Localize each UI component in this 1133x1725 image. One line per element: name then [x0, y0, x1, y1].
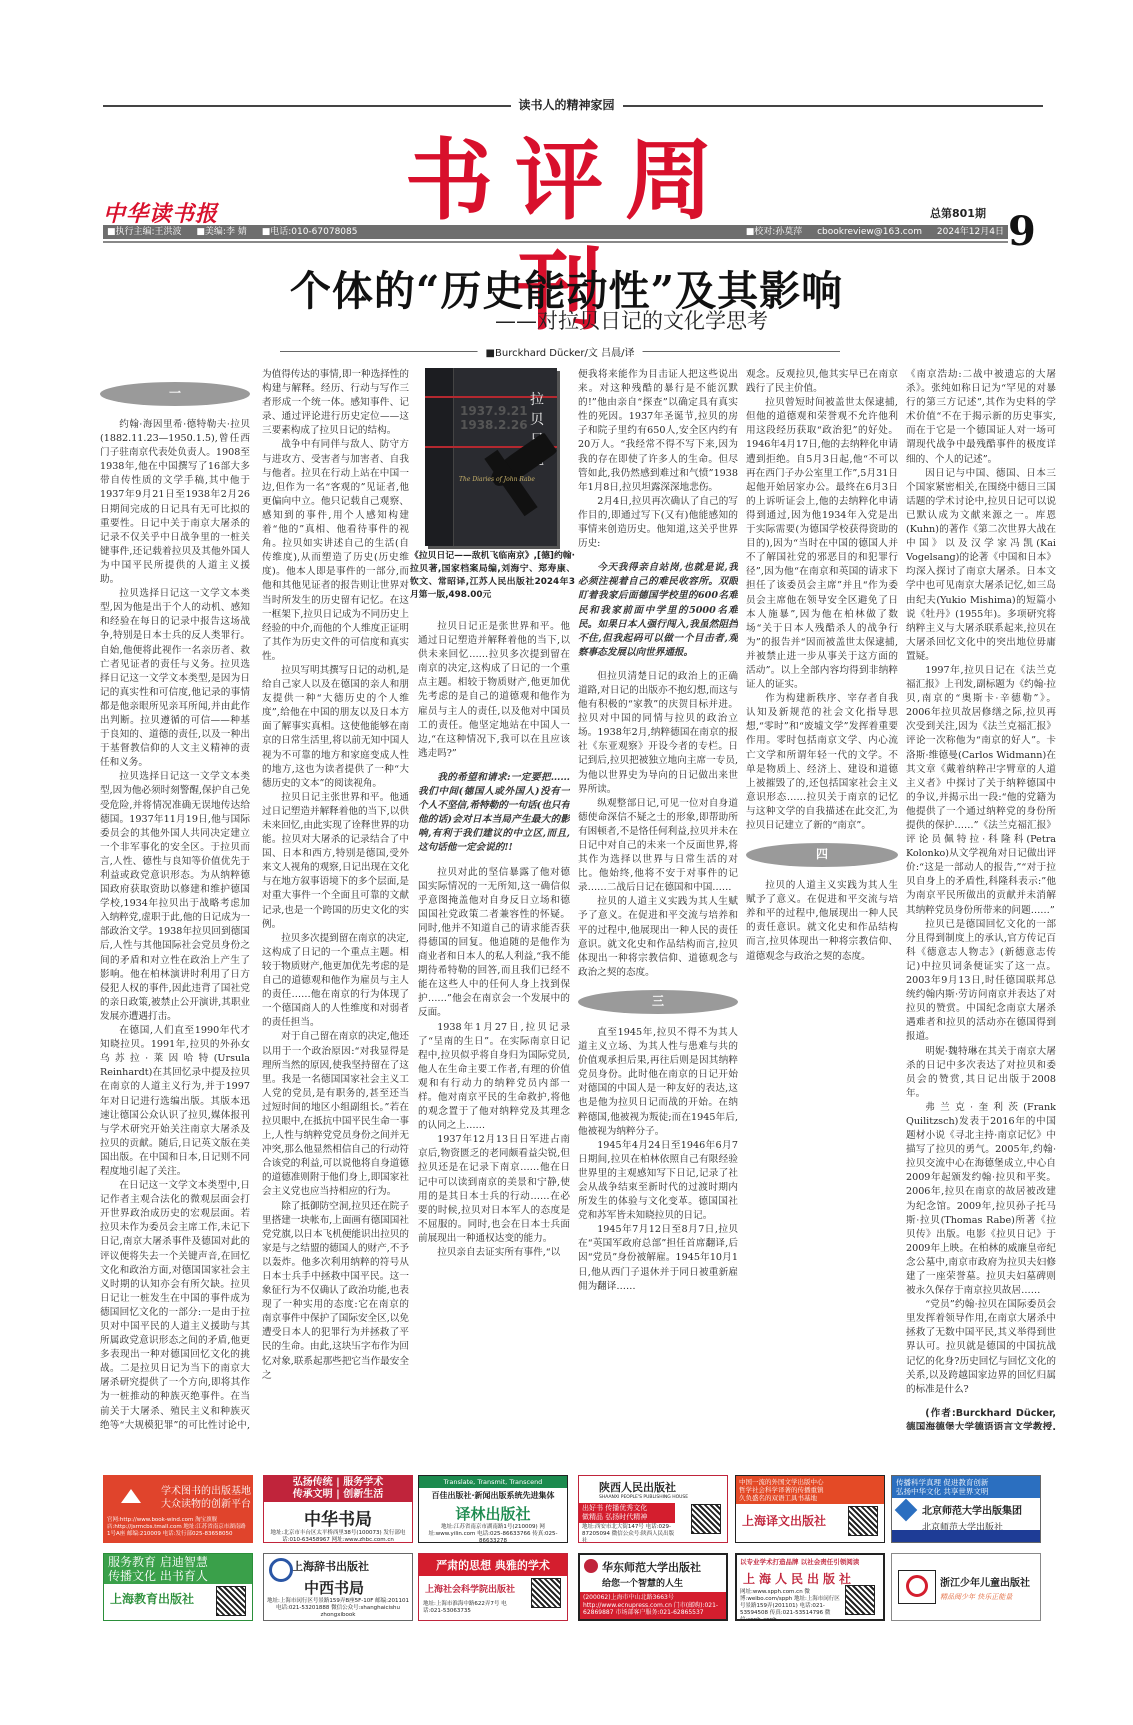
quote-block: 我的希望和请求:一定要把……我们中间(德国人或外国人)没有一个人不坚信,希特勒的… — [418, 771, 570, 856]
byline: ■Burckhard Dücker/文 吕晨/译 — [478, 344, 643, 359]
ad-ecnu-press[interactable]: 华东师范大学出版社 给您一个智慧的人生 (200062)上海市中山北路3663号… — [578, 1553, 728, 1621]
ad-contact: 地址:上海市闵行区号景路159弄B座5F-10F 邮编:201101 电话:02… — [264, 1598, 412, 1619]
paragraph: 2月4日,拉贝再次确认了自己的写作目的,即通过写下(又有)他能感知的事情来创造历… — [578, 495, 738, 551]
ad-yilin-press[interactable]: Translate, Transmit, Transcend 百佳出版社·新闻出… — [418, 1475, 568, 1543]
ad-bnu-press[interactable]: 传播科学真理 促进教育创新弘扬中华文化 共享世界文明 北京师范大学出版集团 北京… — [891, 1475, 1041, 1543]
paragraph: 拉贝选择日记这一文学文本类型,因为他必须时刻警醒,保护自己免受危险,并将情况准确… — [100, 770, 250, 1024]
book-caption: 《拉贝日记——敌机飞临南京》,[德]约翰·拉贝著,国家档案局编,刘海宁、郑寿康、… — [410, 550, 575, 602]
column-6: 《南京浩劫:二战中被遗忘的大屠杀》。张纯如称日记为“罕见的对暴行的第三方记述”,… — [906, 368, 1056, 1430]
ad-contact: 地址:江苏省南京市湖南路1号(210009) 网址:www.yilin.com … — [419, 1524, 567, 1543]
section-heading-3: 三 — [578, 990, 738, 1014]
section-heading-4: 四 — [746, 843, 898, 867]
ad-name: 华东师范大学出版社 — [602, 1559, 726, 1575]
publisher-logo-icon — [895, 1499, 918, 1522]
paragraph: 拉贝曾短时间被盖世太保逮捕,但他的道德观和荣誉观不允许他利用这段经历获取“政治犯… — [746, 396, 898, 692]
paragraph: 便我将来能作为目击证人把这些说出来。对这种残酷的暴行是不能沉默的!”他由亲自“探… — [578, 368, 738, 495]
info-underline — [103, 241, 1008, 243]
ad-contact: 地址:北京市丰台区太平桥西里38号(100073) 发行部电话:010-6345… — [264, 1530, 412, 1543]
issue-number: 总第801期 — [930, 205, 986, 221]
book-english-title: The Diaries of John Rabe — [459, 476, 535, 484]
paragraph: 观念。反观拉贝,他其实早已在南京践行了民主价值。 — [746, 368, 898, 396]
ad-slogan: 以专业学术打造品牌 以社会责任引领阅读 — [737, 1555, 883, 1568]
qr-code-icon[interactable] — [691, 1504, 721, 1534]
ad-shanghai-yiwen[interactable]: 中国一流的外国文学出版中心哲学社会科学译著的传播重镇久负盛名的双语工具书基地 上… — [735, 1475, 885, 1543]
author-note: (作者:Burckhard Dücker,德国海德堡大学德语语言文学教授,南京大… — [906, 1407, 1056, 1430]
column-1: 一 约翰·海因里希·德特勒夫·拉贝(1882.11.23—1950.1.5),曾… — [100, 372, 250, 1430]
page-number: 9 — [1008, 210, 1036, 254]
proof-info: ■校对:孙莫萍 cbookreview@163.com 2024年12月4日 — [746, 225, 1004, 239]
section-heading-1: 一 — [100, 382, 250, 406]
editor-info: ■执行主编:王洪波 ■美编:李 婧 ■电话:010-67078085 — [107, 225, 369, 239]
ad-zhonghua-book[interactable]: 弘扬传统 | 服务学术传承文明 | 创新生活 中华书局 地址:北京市丰台区太平桥… — [263, 1475, 413, 1543]
paragraph: 约翰·海因里希·德特勒夫·拉贝(1882.11.23—1950.1.5),曾任西… — [100, 418, 250, 587]
column-5: 观念。反观拉贝,他其实早已在南京践行了民主价值。 拉贝曾短时间被盖世太保逮捕,但… — [746, 368, 898, 1430]
ad-shanghai-social-science[interactable]: 严肃的思想 典雅的学术 上海社会科学院出版社 地址:上海市淮海中路622弄7号 … — [418, 1553, 568, 1621]
ad-name: 陕西人民出版社 — [599, 1479, 727, 1495]
ad-name: 译林出版社 — [419, 1503, 567, 1524]
publisher-logo-icon — [269, 1558, 293, 1582]
publisher-logo-icon — [111, 1481, 151, 1507]
column-2: 为值得传达的事情,即一种选择性的构建与解释。经历、行动与写作三者形成一个统一体。… — [262, 368, 409, 1430]
art-editor: ■美编:李 婧 — [196, 227, 246, 237]
ad-slogan: 服务教育 启迪智慧传播文化 出书育人 — [104, 1554, 252, 1584]
paragraph: 拉贝选择日记这一文学文本类型,因为他是出于个人的动机、感知和经验在每日的记录中报… — [100, 587, 250, 770]
proofreader: ■校对:孙莫萍 — [746, 227, 803, 237]
ad-jiangsu-people[interactable]: 学术图书的出版基地大众读物的创新平台 官网:http://www.book-wi… — [103, 1475, 253, 1543]
ad-zhejiang-juvenile[interactable]: 浙江少年儿童出版社 精品阅少年 快乐正能量 — [891, 1553, 1041, 1621]
ad-slogan: 出好书 传播优秀文化做精品 弘扬时代精神 — [579, 1503, 675, 1523]
ad-name: 北京师范大学出版集团 — [922, 1502, 1040, 1517]
column-4: 便我将来能作为目击证人把这些说出来。对这种残酷的暴行是不能沉默的!”他由亲自“探… — [578, 368, 738, 1430]
paragraph: 拉贝的人道主义实践为其人生赋予了意义。在促进和平交流与培养和平的过程中,他展现出… — [578, 895, 738, 980]
ad-slogan: 弘扬传统 | 服务学术传承文明 | 创新生活 — [264, 1476, 412, 1502]
ad-contact: 网址:www.spph.com.cn 微博:weibo.com/spph 地址:… — [737, 1587, 843, 1621]
ad-contact: 官网:http://www.book-wind.com 淘宝旗舰店:http:/… — [107, 1517, 249, 1538]
phone: ■电话:010-67078085 — [262, 227, 358, 237]
ad-shanghai-people[interactable]: 以专业学术打造品牌 以社会责任引领阅读 上海人民出版社 网址:www.spph.… — [735, 1553, 885, 1621]
publisher-logo-icon — [584, 1559, 598, 1573]
paragraph: 1938年1月27日,拉贝记录了“呈南的生日”。在实际南京日记程中,拉贝似乎将自… — [418, 1021, 570, 1134]
paragraph: 1945年7月12日至8月7日,拉贝在“英国军政府总部”担任首席翻译,后因“党员… — [578, 1223, 738, 1293]
qr-code-icon[interactable] — [845, 1585, 875, 1615]
ad-slogan: 给您一个智慧的人生 — [602, 1576, 726, 1589]
paragraph: 直至1945年,拉贝不得不为其人道主义立场、为其人性与患难与共的价值观承担后果,… — [578, 1026, 738, 1139]
publisher-logo-icon — [898, 1570, 936, 1604]
ad-slogan: Translate, Transmit, Transcend — [419, 1476, 567, 1488]
ad-contact: (200062)上海市中山北路3663号 http://www.ecnupres… — [580, 1592, 726, 1619]
paragraph: 在日记这一文学文本类型中,日记作者主观合法化的微观层面会打开世界政治成历史的宏观… — [100, 1179, 250, 1430]
info-bar: ■执行主编:王洪波 ■美编:李 婧 ■电话:010-67078085 ■校对:孙… — [103, 225, 1008, 239]
paragraph: 除了抵御防空洞,拉贝还在院子里搭建一块帐布,上面画有德国国社党党旗,以日本飞机便… — [262, 1200, 409, 1383]
ad-contact: 地址:上海市淮海中路622弄7号 电话:021-53063735 — [419, 1595, 527, 1615]
paragraph: 纵观整部日记,可见一位对自身道德使命深信不疑之士的形象,即帮助所有困顿者,不是恪… — [578, 797, 738, 896]
ad-name: 浙江少年儿童出版社 — [940, 1574, 1030, 1589]
email-link[interactable]: cbookreview@163.com — [817, 227, 922, 237]
ad-honor: 百佳出版社·新闻出版系统先进集体 — [419, 1490, 567, 1501]
paragraph: 拉贝对此的坚信暴露了他对德国实际情况的一无所知,这一确信似乎意图掩盖他对自身反日… — [418, 866, 570, 1021]
ad-contact: 地址:西安市北大街147号 电话:029-87205094 微信公众号:陕西人民… — [579, 1523, 680, 1543]
book-spine — [425, 368, 454, 546]
paper-logo: 中华读书报 — [103, 197, 218, 228]
ad-slogan: 中国一流的外国文学出版中心哲学社会科学译著的传播重镇久负盛名的双语工具书基地 — [736, 1476, 884, 1504]
column-3: 拉贝日记正是张世界和平。他通过日记塑造并解释着他的当下,以供未来回忆……拉贝多次… — [418, 620, 570, 1430]
ad-shanghai-education[interactable]: 服务教育 启迪智慧传播文化 出书育人 上海教育出版社 — [103, 1553, 253, 1621]
paragraph: 拉贝多次提到留在南京的决定,这构成了日记的一个重点主题。相较于物质财产,他更加优… — [262, 932, 409, 1031]
ad-footer-band — [892, 1530, 1040, 1542]
paragraph: 为值得传达的事情,即一种选择性的构建与解释。经历、行动与写作三者形成一个统一体。… — [262, 368, 409, 438]
ad-name: 上海辞书出版社 — [292, 1558, 412, 1574]
paragraph: 拉贝写明其撰写日记的动机,是给自己家人以及在德国的亲人和朋友提供一种“大德历史的… — [262, 664, 409, 791]
ad-sub-name: 中西书局 — [304, 1577, 412, 1598]
ad-slogan: 传播科学真理 促进教育创新弘扬中华文化 共享世界文明 — [892, 1476, 1040, 1498]
paragraph: 因日记与中国、德国、日本三个国家紧密相关,在围绕中德日三国话题的学术讨论中,拉贝… — [906, 467, 1056, 664]
ad-slogan: 学术图书的出版基地大众读物的创新平台 — [161, 1485, 251, 1511]
paragraph: 弗兰克·奎利茨(Frank Quilitzsch)发表于2016年的中国题材小说… — [906, 1101, 1056, 1298]
byline-wrap: ■Burckhard Dücker/文 吕晨/译 — [280, 344, 840, 358]
paragraph: 拉贝日记正是张世界和平。他通过日记塑造并解释着他的当下,以供未来回忆……拉贝多次… — [418, 620, 570, 761]
ad-shanghai-cishu[interactable]: 上海辞书出版社 中西书局 地址:上海市闵行区号景路159弄B座5F-10F 邮编… — [263, 1553, 413, 1621]
qr-code-icon[interactable] — [531, 1578, 561, 1608]
qr-code-icon[interactable] — [848, 1506, 878, 1536]
paragraph: 1937年12月13日日军进占南京后,物资匮乏的老同颇看益尖锐,但拉贝还是在记录… — [418, 1133, 570, 1246]
paragraph: 明妮·魏特琳在其关于南京大屠杀的日记中多次表达了对拉贝和委员会的赞赏,其日记出版… — [906, 1045, 1056, 1101]
paragraph: 拉贝亲自去证实所有事件,“以 — [418, 1246, 570, 1260]
paragraph: 1997年,拉贝日记在《法兰克福汇报》上刊发,副标题为《约翰·拉贝,南京的“奥斯… — [906, 664, 1056, 918]
ad-english-name: SHAANXI PEOPLE'S PUBLISHING HOUSE — [599, 1495, 727, 1500]
paragraph: 《南京浩劫:二战中被遗忘的大屠杀》。张纯如称日记为“罕见的对暴行的第三方记述”,… — [906, 368, 1056, 467]
ad-slogan: 精品阅少年 快乐正能量 — [940, 1592, 1012, 1602]
issue-date: 2024年12月4日 — [937, 227, 1004, 237]
paragraph: 拉贝的人道主义实践为其人生赋予了意义。在促进和平交流与培养和平的过程中,他展现出… — [746, 879, 898, 964]
article-subtitle: ——对拉贝日记的文化学思考 — [0, 305, 1133, 335]
executive-editor: ■执行主编:王洪波 — [107, 227, 182, 237]
paragraph: 对于自己留在南京的决定,他还以用于一个政治原因:“对我显得是理所当然的原因,使我… — [262, 1030, 409, 1199]
paragraph: 战争中有同伴与敌人、防守方与进攻方、受害者与加害者、自我与他者。拉贝在行动上站在… — [262, 438, 409, 664]
paragraph: 但拉贝清楚日记的政治上的正确道路,对日记的出版亦不抱幻想,而这与他有积极的“家教… — [578, 670, 738, 797]
book-dates: 1937.9.211938.2.26 — [460, 404, 528, 432]
qr-code-icon[interactable] — [216, 1586, 246, 1616]
paragraph: 在德国,人们直至1990年代才知晓拉贝。1991年,拉贝的外孙女乌苏拉·莱因哈特… — [100, 1024, 250, 1179]
paragraph: 作为构建新秩序、宰存者自我认知及新规范的社会文化指导思想,“零时”和“废墟文学”… — [746, 692, 898, 833]
book-cover-image: 1937.9.211938.2.26 拉贝日记 The Diaries of J… — [425, 368, 557, 546]
ad-name: 中华书局 — [264, 1505, 412, 1530]
paragraph: 1945年4月24日至1946年6月7日期间,拉贝在柏林依照自己有限经验世界里的… — [578, 1139, 738, 1224]
quote-block: 今天我得亲自站岗,也就是说,我必须注视着自己的难民收容所。双眼盯着我家后面德国学… — [578, 561, 738, 660]
paragraph: “党员”约翰·拉贝在国际委员会里发挥着领导作用,在南京大屠杀中拯救了无数中国平民… — [906, 1298, 1056, 1397]
slogan: 读书人的精神家园 — [510, 96, 622, 113]
ad-slogan: 严肃的思想 典雅的学术 — [419, 1554, 567, 1576]
paragraph: 拉贝已是德国回忆文化的一部分且得到制度上的承认,官方传记百科《德意志人物志》(新… — [906, 918, 1056, 1045]
ad-shaanxi-people[interactable]: 陕西人民出版社 SHAANXI PEOPLE'S PUBLISHING HOUS… — [578, 1475, 728, 1543]
paragraph: 拉贝日记主张世界和平。他通过日记塑造并解释着他的当下,以供未来回忆,由此实现了诠… — [262, 791, 409, 932]
